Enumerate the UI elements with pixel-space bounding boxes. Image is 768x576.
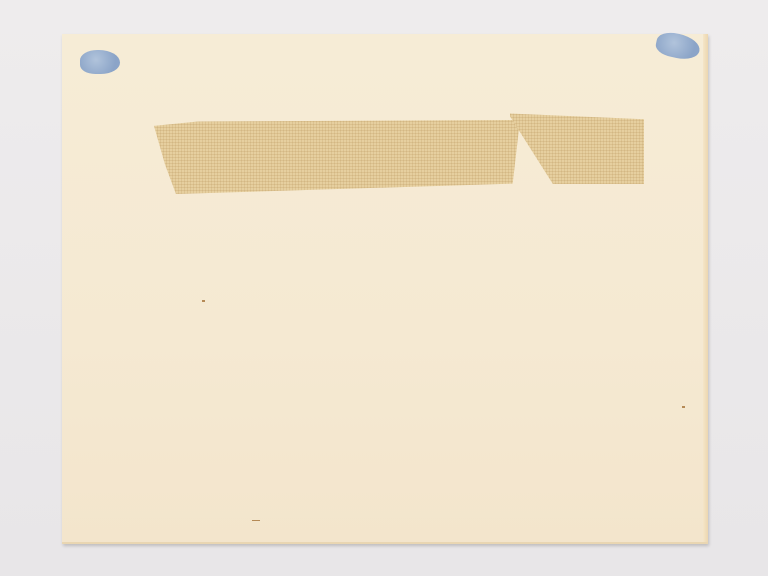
blue-residue-left <box>80 50 120 74</box>
tape-remnant-left <box>154 120 520 194</box>
board-back <box>62 34 708 544</box>
board-edge <box>703 34 708 542</box>
photo-background <box>0 0 768 576</box>
tape-remnant-right <box>510 112 644 184</box>
speck <box>202 300 205 302</box>
blue-residue-right <box>654 30 702 63</box>
speck <box>682 406 685 408</box>
speck <box>252 520 260 521</box>
